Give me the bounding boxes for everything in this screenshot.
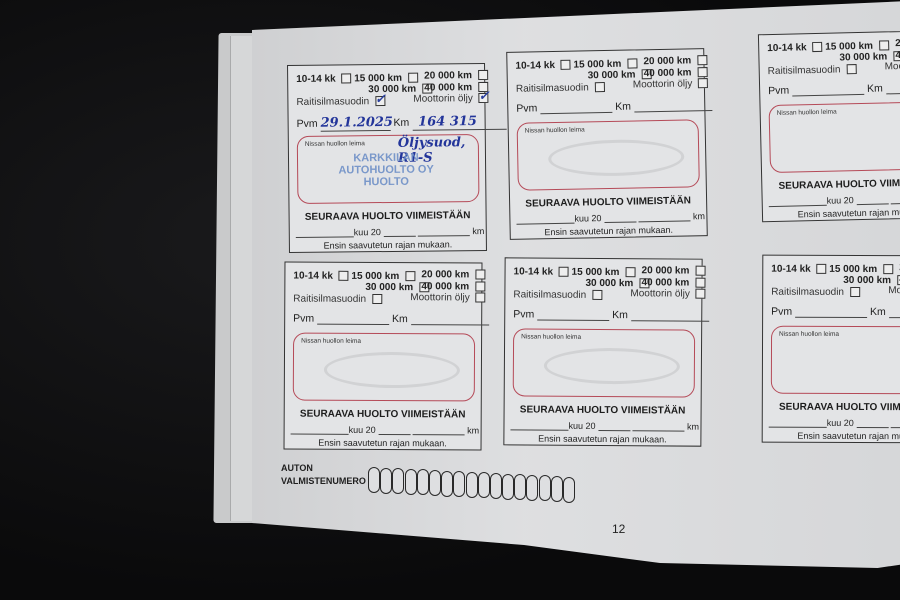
km-20000-label: 20 000 km [424, 70, 472, 82]
vin-character-box[interactable] [392, 468, 404, 494]
stamp-area[interactable]: Nissan huollon leima [769, 101, 900, 173]
next-service-km-field[interactable] [413, 433, 465, 435]
next-service-title: SEURAAVA HUOLTO VIIMEISTÄÄN [290, 210, 486, 223]
km-label: Km [612, 309, 628, 321]
next-service-km-field[interactable] [891, 426, 900, 428]
interval-months-checkbox[interactable] [559, 267, 569, 277]
whichever-first-note: Ensin saavutetun rajan mukaan. [504, 433, 700, 444]
next-service-year-field[interactable] [598, 429, 630, 431]
engine-oil-label: Moottorin öljy [888, 285, 900, 296]
date-field[interactable] [537, 319, 609, 322]
next-service-month-field[interactable] [510, 428, 568, 430]
km-label: Km [615, 101, 631, 113]
next-service-title: SEURAAVA HUOLTO VIIMEISTÄÄN [763, 402, 900, 414]
km-40000-label: 40 000 km [895, 49, 900, 61]
stamp-area[interactable]: Nissan huollon leima [293, 333, 475, 402]
next-service-year-field[interactable] [604, 220, 636, 223]
cabin-filter-checkbox[interactable] [594, 82, 604, 92]
km-unit-label: km [687, 422, 699, 432]
date-label: Pvm [516, 102, 537, 114]
date-field[interactable] [540, 111, 612, 114]
stamp-line-2: AUTOHUOLTO OY [326, 163, 446, 176]
vin-character-box[interactable] [526, 475, 538, 501]
month-label: kuu 20 [354, 227, 381, 237]
next-service-km-field[interactable] [418, 234, 470, 237]
cabin-filter-label: Raitisilmasuodin [296, 96, 369, 108]
interval-months-checkbox[interactable] [339, 271, 349, 281]
km-15000-label: 15 000 km [829, 264, 877, 275]
faded-stamp-impression [544, 348, 680, 385]
km-unit-label: km [467, 425, 479, 435]
faded-stamp-impression [324, 352, 460, 389]
cabin-filter-label: Raitisilmasuodin [293, 294, 366, 305]
km-field[interactable] [889, 316, 900, 318]
date-label: Pvm [768, 85, 789, 97]
cabin-filter-label: Raitisilmasuodin [513, 289, 586, 301]
next-service-title: SEURAAVA HUOLTO VIIMEISTÄÄN [285, 408, 481, 420]
engine-oil-check-mark: ✓ [479, 89, 490, 104]
vin-character-box[interactable] [502, 474, 514, 500]
engine-oil-checkbox[interactable] [476, 293, 486, 303]
km-30000-label: 30 000 km [839, 51, 887, 63]
km-15000-checkbox[interactable] [405, 271, 415, 281]
stamp-line-3: HUOLTO [326, 175, 446, 188]
next-service-year-field[interactable] [378, 433, 410, 435]
stamp-label: Nissan huollon leima [525, 126, 585, 134]
engine-oil-label: Moottorin öljy [410, 292, 470, 303]
km-15000-checkbox[interactable] [627, 59, 637, 69]
interval-months-checkbox[interactable] [341, 74, 351, 84]
stamp-label: Nissan huollon leima [521, 333, 581, 340]
interval-months-label: 10-14 kk [767, 42, 807, 54]
page-number: 12 [612, 522, 625, 536]
next-service-year-field[interactable] [856, 426, 888, 428]
interval-months-label: 10-14 kk [771, 264, 811, 275]
km-15000-label: 15 000 km [572, 267, 620, 278]
date-label: Pvm [293, 313, 314, 325]
date-field[interactable] [795, 316, 867, 318]
vin-character-box[interactable] [405, 469, 417, 495]
month-label: kuu 20 [574, 213, 601, 224]
km-15000-label: 15 000 km [351, 271, 399, 282]
next-service-month-field[interactable] [769, 204, 827, 207]
vin-character-box[interactable] [551, 476, 563, 502]
date-label: Pvm [771, 306, 792, 318]
vin-character-box[interactable] [514, 474, 526, 500]
date-label: Pvm [297, 118, 318, 130]
km-30000-label: 30 000 km [585, 278, 633, 289]
km-20000-label: 20 000 km [643, 55, 691, 67]
next-service-km-field[interactable] [639, 219, 691, 222]
km-unit-label: km [472, 226, 484, 236]
km-30000-label: 30 000 km [588, 69, 636, 81]
engine-oil-checkbox[interactable]: ✓ [479, 93, 489, 103]
date-value[interactable]: 29.1.2025 [320, 115, 390, 132]
month-label: kuu 20 [349, 425, 376, 435]
whichever-first-note: Ensin saavutetun rajan mukaan. [763, 206, 900, 220]
km-20000-checkbox[interactable] [478, 70, 488, 80]
km-30000-label: 30 000 km [843, 275, 891, 286]
km-20000-checkbox[interactable] [695, 266, 705, 276]
vin-character-box[interactable] [380, 468, 392, 494]
next-service-title: SEURAAVA HUOLTO VIIMEISTÄÄN [505, 404, 701, 416]
km-20000-label: 20 000 km [895, 37, 900, 49]
month-label: kuu 20 [568, 421, 595, 431]
whichever-first-note: Ensin saavutetun rajan mukaan. [290, 239, 486, 251]
stamp-label: Nissan huollon leima [305, 140, 365, 148]
month-label: kuu 20 [827, 195, 854, 206]
engine-oil-label: Moottorin öljy [630, 288, 690, 299]
whichever-first-note: Ensin saavutetun rajan mukaan. [763, 431, 900, 442]
km-label: Km [867, 82, 883, 94]
workshop-stamp: KARKKILAN AUTOHUOLTO OY HUOLTO [326, 151, 446, 188]
service-record-card-1: 10-14 kk 15 000 km 20 000 km 30 000 km 4… [287, 63, 487, 253]
vin-character-box[interactable] [539, 475, 551, 501]
vin-character-box[interactable] [417, 469, 429, 495]
interval-months-label: 10-14 kk [515, 60, 555, 72]
service-record-card-3: 10-14 kk 15 000 km 20 000 km 30 000 km 4… [758, 30, 900, 222]
km-20000-label: 20 000 km [421, 269, 469, 280]
km-40000-checkbox[interactable] [475, 282, 485, 292]
engine-oil-checkbox[interactable] [696, 289, 706, 299]
faded-stamp-impression [548, 139, 685, 178]
service-record-card-5: 10-14 kk 15 000 km 20 000 km 30 000 km 4… [503, 257, 702, 446]
km-15000-checkbox[interactable] [625, 268, 635, 278]
vin-label-line1: AUTON [281, 462, 366, 475]
cabin-filter-checkbox[interactable] [850, 287, 860, 297]
km-15000-label: 15 000 km [354, 73, 402, 85]
stamp-label: Nissan huollon leima [779, 331, 839, 338]
date-field[interactable] [317, 323, 389, 325]
vin-label-line2: VALMISTENUMERO [281, 475, 366, 488]
cabin-filter-check-mark: ✓ [375, 92, 386, 107]
engine-oil-label: Moottorin öljy [885, 60, 900, 72]
interval-months-label: 10-14 kk [296, 74, 336, 85]
cabin-filter-checkbox[interactable] [592, 290, 602, 300]
cabin-filter-checkbox[interactable] [372, 294, 382, 304]
km-20000-label: 20 000 km [642, 265, 690, 276]
next-service-km-field[interactable] [633, 429, 685, 431]
date-field[interactable] [792, 93, 864, 97]
date-label: Pvm [513, 308, 534, 320]
next-service-month-field[interactable] [769, 426, 827, 428]
vin-character-box[interactable] [478, 472, 490, 498]
service-record-card-4: 10-14 kk 15 000 km 20 000 km 30 000 km 4… [284, 261, 483, 450]
km-field[interactable] [411, 323, 489, 325]
interval-months-checkbox[interactable] [812, 42, 822, 52]
km-15000-checkbox[interactable] [879, 41, 889, 51]
km-15000-label: 15 000 km [573, 59, 621, 71]
month-label: kuu 20 [827, 418, 854, 428]
km-40000-checkbox[interactable] [695, 278, 705, 288]
vin-character-box[interactable] [441, 471, 453, 497]
next-service-month-field[interactable] [516, 222, 574, 225]
vin-label: AUTON VALMISTENUMERO [281, 462, 366, 488]
interval-months-checkbox[interactable] [817, 264, 827, 274]
next-service-month-field[interactable] [291, 433, 349, 435]
service-record-card-2: 10-14 kk 15 000 km 20 000 km 30 000 km 4… [506, 48, 708, 240]
stamp-label: Nissan huollon leima [777, 109, 837, 117]
vin-input-boxes[interactable] [368, 467, 575, 503]
km-15000-checkbox[interactable] [883, 264, 893, 274]
whichever-first-note: Ensin saavutetun rajan mukaan. [285, 437, 481, 448]
next-service-month-field[interactable] [296, 235, 354, 238]
interval-months-label: 10-14 kk [514, 266, 554, 277]
next-service-year-field[interactable] [383, 235, 415, 237]
km-field[interactable] [886, 91, 900, 95]
engine-oil-label: Moottorin öljy [413, 93, 473, 105]
km-label: Km [392, 313, 408, 325]
engine-oil-label: Moottorin öljy [633, 78, 693, 90]
km-field[interactable] [631, 319, 709, 322]
km-value[interactable]: 164 315 [412, 114, 506, 131]
stamp-area[interactable]: Nissan huollon leima [771, 326, 900, 395]
next-service-title: SEURAAVA HUOLTO VIIMEISTÄÄN [762, 177, 900, 192]
vin-character-box[interactable] [453, 471, 465, 497]
km-40000-label: 40 000 km [424, 82, 472, 94]
cabin-filter-checkbox[interactable] [846, 64, 856, 74]
whichever-first-note: Ensin saavutetun rajan mukaan. [511, 224, 707, 238]
cabin-filter-label: Raitisilmasuodin [771, 287, 844, 298]
engine-oil-checkbox[interactable] [698, 78, 708, 88]
next-service-km-field[interactable] [891, 201, 900, 204]
stamp-area[interactable]: Nissan huollon leima [517, 119, 700, 190]
km-label: Km [393, 117, 409, 129]
vin-character-box[interactable] [368, 467, 380, 493]
service-record-card-6: 10-14 kk 15 000 km 20 000 km 30 000 km 4… [762, 255, 900, 444]
cabin-filter-label: Raitisilmasuodin [768, 64, 841, 77]
cabin-filter-label: Raitisilmasuodin [516, 82, 589, 94]
vin-character-box[interactable] [466, 472, 478, 498]
stamp-area[interactable]: Nissan huollon leimaÖljysuod, R1-S KARKK… [297, 134, 480, 204]
km-30000-label: 30 000 km [365, 282, 413, 293]
interval-months-checkbox[interactable] [561, 60, 571, 70]
vin-character-box[interactable] [490, 473, 502, 499]
km-20000-checkbox[interactable] [475, 270, 485, 280]
stamp-label: Nissan huollon leima [301, 338, 361, 345]
vin-character-box[interactable] [563, 477, 575, 503]
next-service-title: SEURAAVA HUOLTO VIIMEISTÄÄN [510, 195, 706, 210]
km-field[interactable] [634, 109, 712, 112]
interval-months-label: 10-14 kk [293, 271, 333, 282]
km-40000-label: 40 000 km [641, 277, 689, 288]
km-15000-checkbox[interactable] [408, 73, 418, 83]
vin-character-box[interactable] [429, 470, 441, 496]
cabin-filter-checkbox[interactable]: ✓ [375, 96, 385, 106]
next-service-year-field[interactable] [856, 202, 888, 205]
km-40000-label: 40 000 km [421, 281, 469, 292]
km-20000-checkbox[interactable] [697, 55, 707, 65]
stamp-area[interactable]: Nissan huollon leima [513, 328, 695, 397]
km-label: Km [870, 306, 886, 318]
km-40000-checkbox[interactable] [697, 67, 707, 77]
km-unit-label: km [693, 211, 705, 221]
